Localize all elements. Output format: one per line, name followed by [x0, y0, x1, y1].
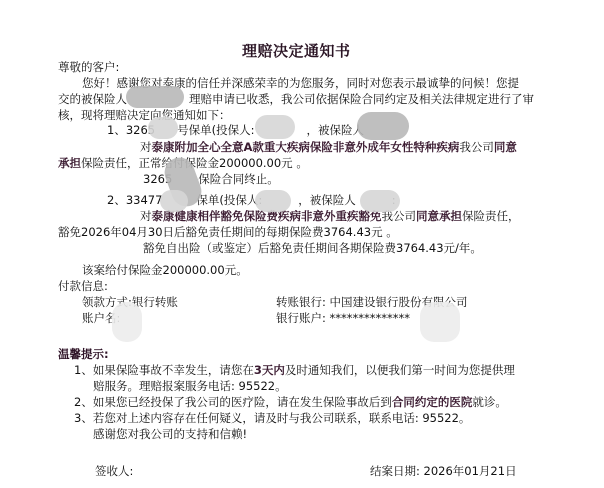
intro-line-3: 核，现将理赔决定向您通知如下： [58, 107, 231, 123]
signee-label: 签收人: [95, 463, 133, 479]
product-name: 泰康附加全心全意A款重大疾病保险非意外成年女性特种疾病 [152, 140, 460, 154]
tip-1: 1、如果保险事故不幸发生，请您在3天内及时通知我们，以便我们第一时间为您提供理 [74, 362, 515, 378]
bank-account: 银行账户: ************** [276, 310, 410, 326]
policy-1-decision: 对泰康附加全心全意A款重大疾病保险非意外成年女性特种疾病我公司同意 [140, 139, 517, 155]
close-date: 结案日期: 2026年01月21日 [370, 463, 517, 479]
policy-2-waiver: 豁免2026年04月30日后豁免责任期间的每期保险费3764.43元 。 [58, 224, 398, 240]
thanks: 感谢您对我公司的支持和信赖! [93, 426, 247, 442]
salutation: 尊敬的客户: [58, 59, 119, 75]
redaction-blob [255, 115, 295, 139]
redaction-blob [126, 86, 184, 108]
redaction-blob [112, 302, 142, 342]
redaction-blob [360, 190, 400, 212]
redaction-blob [357, 112, 409, 140]
payment-heading: 付款信息: [58, 278, 108, 294]
policy-2-header: 2、33477保单(投保人:，被保险人: [107, 192, 396, 208]
redaction-blob [255, 190, 291, 212]
policy-2-decision: 对泰康健康相伴豁免保险费疾病非意外重疾豁免我公司同意承担保险责任， [140, 208, 520, 224]
document-title: 理赔决定通知书 [242, 43, 351, 59]
redaction-blob [420, 302, 460, 342]
tip-3: 3、若您对上述内容存在任何疑义，请及时与我公司联系，联系电话: 95522。 [74, 410, 470, 426]
redaction-blob [160, 190, 188, 212]
total-payout: 该案给付保险金200000.00元。 [82, 262, 248, 278]
policy-2-waiver-annual: 豁免自出险（或鉴定）后豁免责任期间各期保险费3764.43元/年。 [143, 240, 482, 256]
tip-2: 2、如果您已经投保了我公司的医疗险，请在发生保险事故后到合同约定的医院就诊。 [74, 394, 507, 410]
tips-heading: 温馨提示: [58, 346, 109, 362]
redaction-blob [148, 117, 178, 139]
tip-1-line-2: 赔服务。理赔报案服务电话: 95522。 [93, 378, 287, 394]
policy-1-header: 1、3265号保单(投保人:，被保险人 [107, 122, 364, 138]
